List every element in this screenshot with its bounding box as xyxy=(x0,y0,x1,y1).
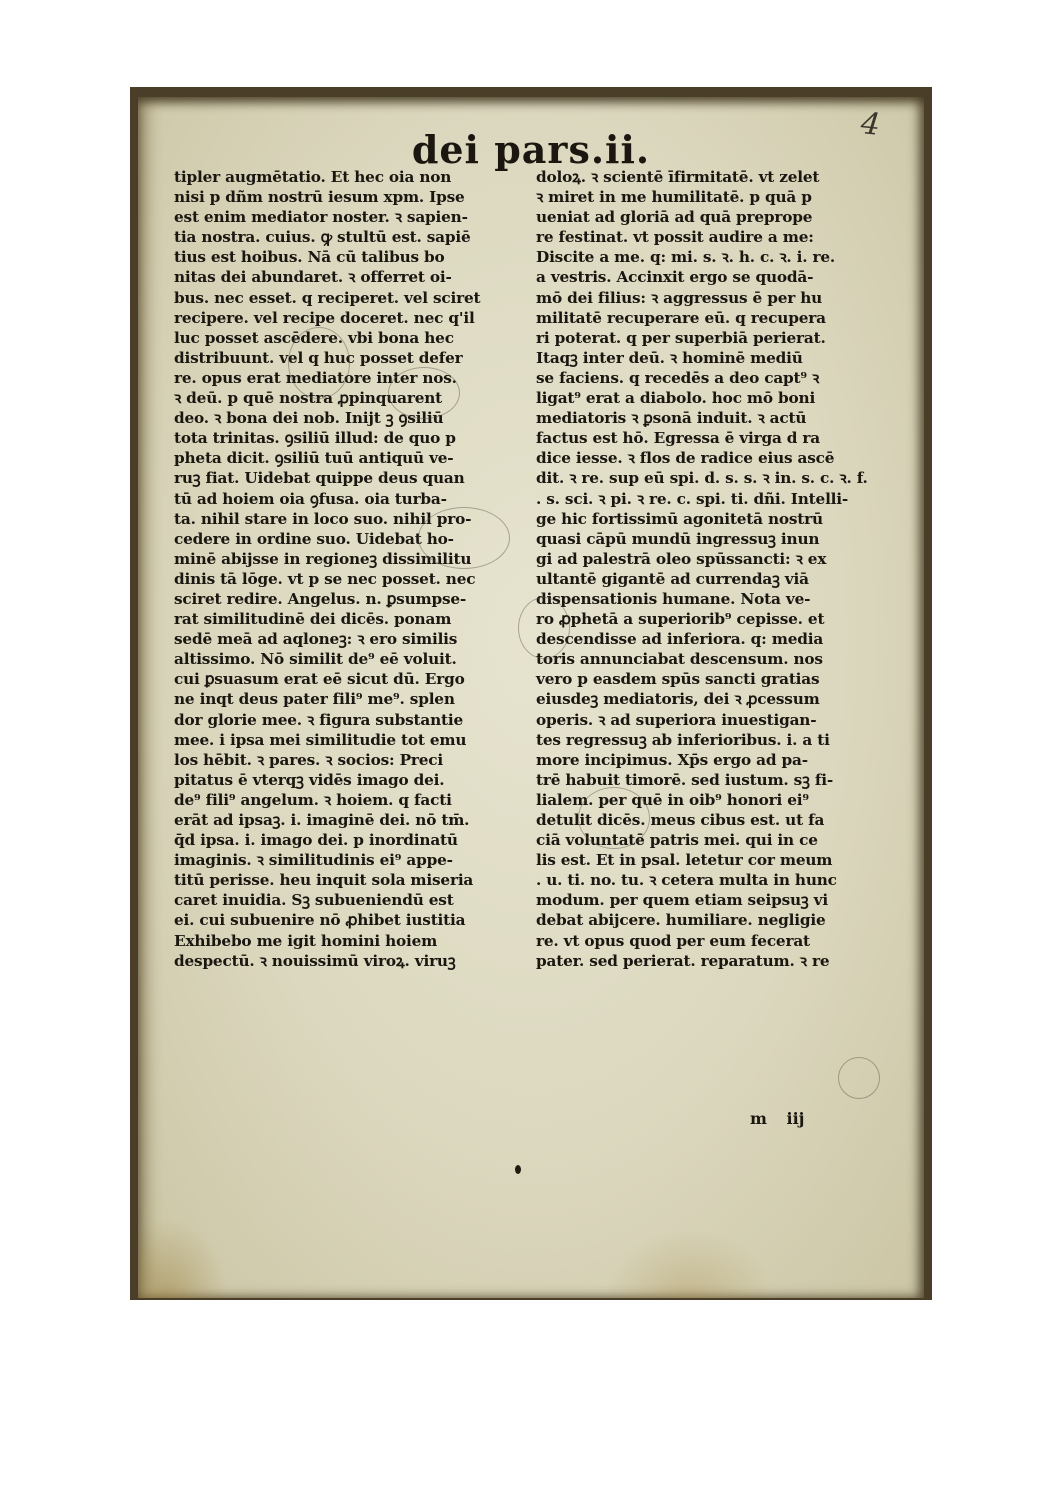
text-line: se faciens. q recedēs a deo capt⁹ ꝛ xyxy=(536,368,886,388)
text-line: dinis tā lōge. vt p se nec posset. nec xyxy=(174,569,524,589)
water-stain xyxy=(138,1218,228,1298)
text-line: tipler augmētatio. Et hec oia non xyxy=(174,167,524,187)
text-line: dor glorie mee. ꝛ figura substantie xyxy=(174,710,524,730)
text-line: mō dei filius: ꝛ aggressus ē per hu xyxy=(536,288,886,308)
text-line: ge hic fortissimū agonitetā nostrū xyxy=(536,509,886,529)
text-line: sciret redire. Angelus. n. ꝑsumpse- xyxy=(174,589,524,609)
text-line: ueniat ad gloriā ad quā preprope xyxy=(536,207,886,227)
text-line: lis est. Et in psal. letetur cor meum xyxy=(536,850,886,870)
text-line: cui ꝑsuasum erat eē sicut dū. Ergo xyxy=(174,669,524,689)
text-line: more incipimus. Xp̄s ergo ad pa- xyxy=(536,750,886,770)
text-line: pitatus ē vterqꝫ vidēs imago dei. xyxy=(174,770,524,790)
running-head: dei pars.ii. xyxy=(138,127,924,172)
text-line: gi ad palestrā oleo spūssancti: ꝛ ex xyxy=(536,549,886,569)
text-line: est enim mediator noster. ꝛ sapien- xyxy=(174,207,524,227)
page-scan: dei pars.ii. 4 tipler augmētatio. Et hec… xyxy=(130,87,932,1300)
text-line: altissimo. Nō similit de⁹ eē voluit. xyxy=(174,649,524,669)
text-line: ei. cui subuenire nō ꝓhibet iustitia xyxy=(174,910,524,930)
text-line: . u. ti. no. tu. ꝛ cetera multa in hunc xyxy=(536,870,886,890)
text-line: quasi cāpū mundū ingressuꝫ inun xyxy=(536,529,886,549)
text-line: vero p easdem spūs sancti gratias xyxy=(536,669,886,689)
text-line: los hēbit. ꝛ pares. ꝛ socios: Preci xyxy=(174,750,524,770)
text-line: ruꝫ fiat. Uidebat quippe deus quan xyxy=(174,468,524,488)
pen-flourish xyxy=(418,507,510,569)
signature-mark: m iij xyxy=(750,1109,804,1128)
pen-flourish xyxy=(288,327,350,399)
text-line: nitas dei abundaret. ꝛ offerret oi- xyxy=(174,267,524,287)
text-line: tius est hoibus. Nā cū talibus bo xyxy=(174,247,524,267)
text-line: eiusdeꝫ mediatoris, dei ꝛ ꝓcessum xyxy=(536,689,886,709)
text-line: dispensationis humane. Nota ve- xyxy=(536,589,886,609)
text-line: erāt ad ipsaꝫ. i. imaginē dei. nō tm̄. xyxy=(174,810,524,830)
text-line: imaginis. ꝛ similitudinis ei⁹ appe- xyxy=(174,850,524,870)
text-line: mediatoris ꝛ ꝑsonā induit. ꝛ actū xyxy=(536,408,886,428)
text-line: pater. sed perierat. reparatum. ꝛ re xyxy=(536,951,886,971)
text-line: titū perisse. heu inquit sola miseria xyxy=(174,870,524,890)
text-line: ligat⁹ erat a diabolo. hoc mō boni xyxy=(536,388,886,408)
text-line: ri poterat. q per superbiā perierat. xyxy=(536,328,886,348)
text-line: . s. sci. ꝛ pi. ꝛ re. c. spi. ti. dñi. I… xyxy=(536,489,886,509)
pen-flourish xyxy=(838,1057,880,1099)
text-line: pheta dicit. ꝯsiliū tuū antiquū ve- xyxy=(174,448,524,468)
text-line: militatē recuperare eū. q recupera xyxy=(536,308,886,328)
text-line: luc posset ascēdere. vbi bona hec xyxy=(174,328,524,348)
text-line: caret inuidia. Sꝫ subueniendū est xyxy=(174,890,524,910)
ink-spot xyxy=(515,1165,521,1174)
paper-leaf: dei pars.ii. 4 tipler augmētatio. Et hec… xyxy=(138,97,924,1298)
text-line: factus est hō. Egressa ē virga d ra xyxy=(536,428,886,448)
text-line: despectū. ꝛ nouissimū viroꝝ. viruꝫ xyxy=(174,951,524,971)
text-line: Itaqꝫ inter deū. ꝛ hominē mediū xyxy=(536,348,886,368)
text-line: debat abijcere. humiliare. negligie xyxy=(536,910,886,930)
text-line: modum. per quem etiam seipsuꝫ vi xyxy=(536,890,886,910)
text-line: tes regressuꝫ ab inferioribus. i. a ti xyxy=(536,730,886,750)
text-line: a vestris. Accinxit ergo se quodā- xyxy=(536,267,886,287)
text-line: q̄d ipsa. i. imago dei. p inordinatū xyxy=(174,830,524,850)
text-line: deo. ꝛ bona dei nob. Inijt ꝫ ꝯsiliū xyxy=(174,408,524,428)
pen-flourish xyxy=(388,367,460,419)
text-line: ro ꝓphetā a superiorib⁹ cepisse. et xyxy=(536,609,886,629)
text-line: ꝛ deū. p quē nostra ꝓpinquarent xyxy=(174,388,524,408)
text-line: re. vt opus quod per eum fecerat xyxy=(536,931,886,951)
text-line: recipere. vel recipe doceret. nec q'il xyxy=(174,308,524,328)
text-line: dit. ꝛ re. sup eū spi. d. s. s. ꝛ in. s.… xyxy=(536,468,886,488)
text-line: tota trinitas. ꝯsiliū illud: de quo p xyxy=(174,428,524,448)
text-column-right: doloꝝ. ꝛ scientē īfirmitatē. vt zeletꝛ m… xyxy=(536,167,886,971)
pen-flourish xyxy=(578,787,650,849)
text-line: mee. i ipsa mei similitudie tot emu xyxy=(174,730,524,750)
text-line: Discite a me. q: mi. s. ꝛ. h. c. ꝛ. i. r… xyxy=(536,247,886,267)
text-line: nisi p dñm nostrū iesum xpm. Ipse xyxy=(174,187,524,207)
text-line: dice iesse. ꝛ flos de radice eius ascē xyxy=(536,448,886,468)
text-line: Exhibebo me igit homini hoiem xyxy=(174,931,524,951)
text-line: ne inqt deus pater fili⁹ me⁹. splen xyxy=(174,689,524,709)
text-line: re festinat. vt possit audire a me: xyxy=(536,227,886,247)
text-line: tū ad hoiem oia ꝯfusa. oia turba- xyxy=(174,489,524,509)
text-line: toris annunciabat descensum. nos xyxy=(536,649,886,669)
text-line: doloꝝ. ꝛ scientē īfirmitatē. vt zelet xyxy=(536,167,886,187)
text-line: bus. nec esset. q reciperet. vel sciret xyxy=(174,288,524,308)
text-line: sedē meā ad aqloneꝫ: ꝛ ero similis xyxy=(174,629,524,649)
text-line: trē habuit timorē. sed iustum. sꝫ fi- xyxy=(536,770,886,790)
text-line: de⁹ fili⁹ angelum. ꝛ hoiem. q facti xyxy=(174,790,524,810)
text-line: ultantē gigantē ad currendaꝫ viā xyxy=(536,569,886,589)
text-line: tia nostra. cuius. ꝙ stultū est. sapiē xyxy=(174,227,524,247)
water-stain xyxy=(604,1228,774,1298)
text-line: operis. ꝛ ad superiora inuestigan- xyxy=(536,710,886,730)
text-line: rat similitudinē dei dicēs. ponam xyxy=(174,609,524,629)
text-line: ꝛ miret in me humilitatē. p quā p xyxy=(536,187,886,207)
handwritten-folio-number: 4 xyxy=(859,106,882,143)
text-column-left: tipler augmētatio. Et hec oia nonnisi p … xyxy=(174,167,524,971)
text-line: descendisse ad inferiora. q: media xyxy=(536,629,886,649)
pen-flourish xyxy=(518,597,570,659)
